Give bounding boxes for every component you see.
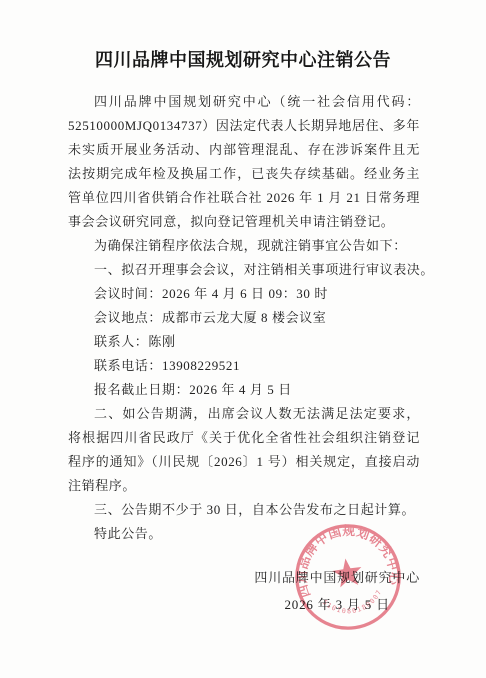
item-1-heading: 一、拟召开理事会会议，对注销相关事项进行审议表决。	[68, 258, 420, 282]
meeting-time-line: 会议时间：2026 年 4 月 6 日 09：30 时	[68, 282, 420, 306]
signup-deadline-line: 报名截止日期：2026 年 4 月 5 日	[68, 378, 420, 402]
intro-paragraph: 四川品牌中国规划研究中心（统一社会信用代码：52510000MJQ0134737…	[68, 90, 420, 234]
signature-org: 四川品牌中国规划研究中心	[254, 566, 420, 590]
page-title: 四川品牌中国规划研究中心注销公告	[0, 0, 486, 74]
signature-date: 2026 年 3 月 5 日	[254, 593, 420, 617]
document-body: 四川品牌中国规划研究中心（统一社会信用代码：52510000MJQ0134737…	[68, 90, 420, 546]
contact-person-line: 联系人：陈刚	[68, 330, 420, 354]
item-2-paragraph: 二、如公告期满，出席会议人数无法满足法定要求，将根据四川省民政厅《关于优化全省性…	[68, 402, 420, 498]
closing-line: 特此公告。	[68, 522, 420, 546]
contact-phone-line: 联系电话：13908229521	[68, 354, 420, 378]
lead-paragraph: 为确保注销程序依法合规，现就注销事宜公告如下：	[68, 234, 420, 258]
signature-block: 四川品牌中国规划研究中心 2026 年 3 月 5 日	[254, 566, 420, 617]
item-3-paragraph: 三、公告期不少于 30 日，自本公告发布之日起计算。	[68, 498, 420, 522]
announcement-page: 四川品牌中国规划研究中心注销公告 四川品牌中国规划研究中心（统一社会信用代码：5…	[0, 0, 486, 678]
meeting-place-line: 会议地点：成都市云龙大厦 8 楼会议室	[68, 306, 420, 330]
